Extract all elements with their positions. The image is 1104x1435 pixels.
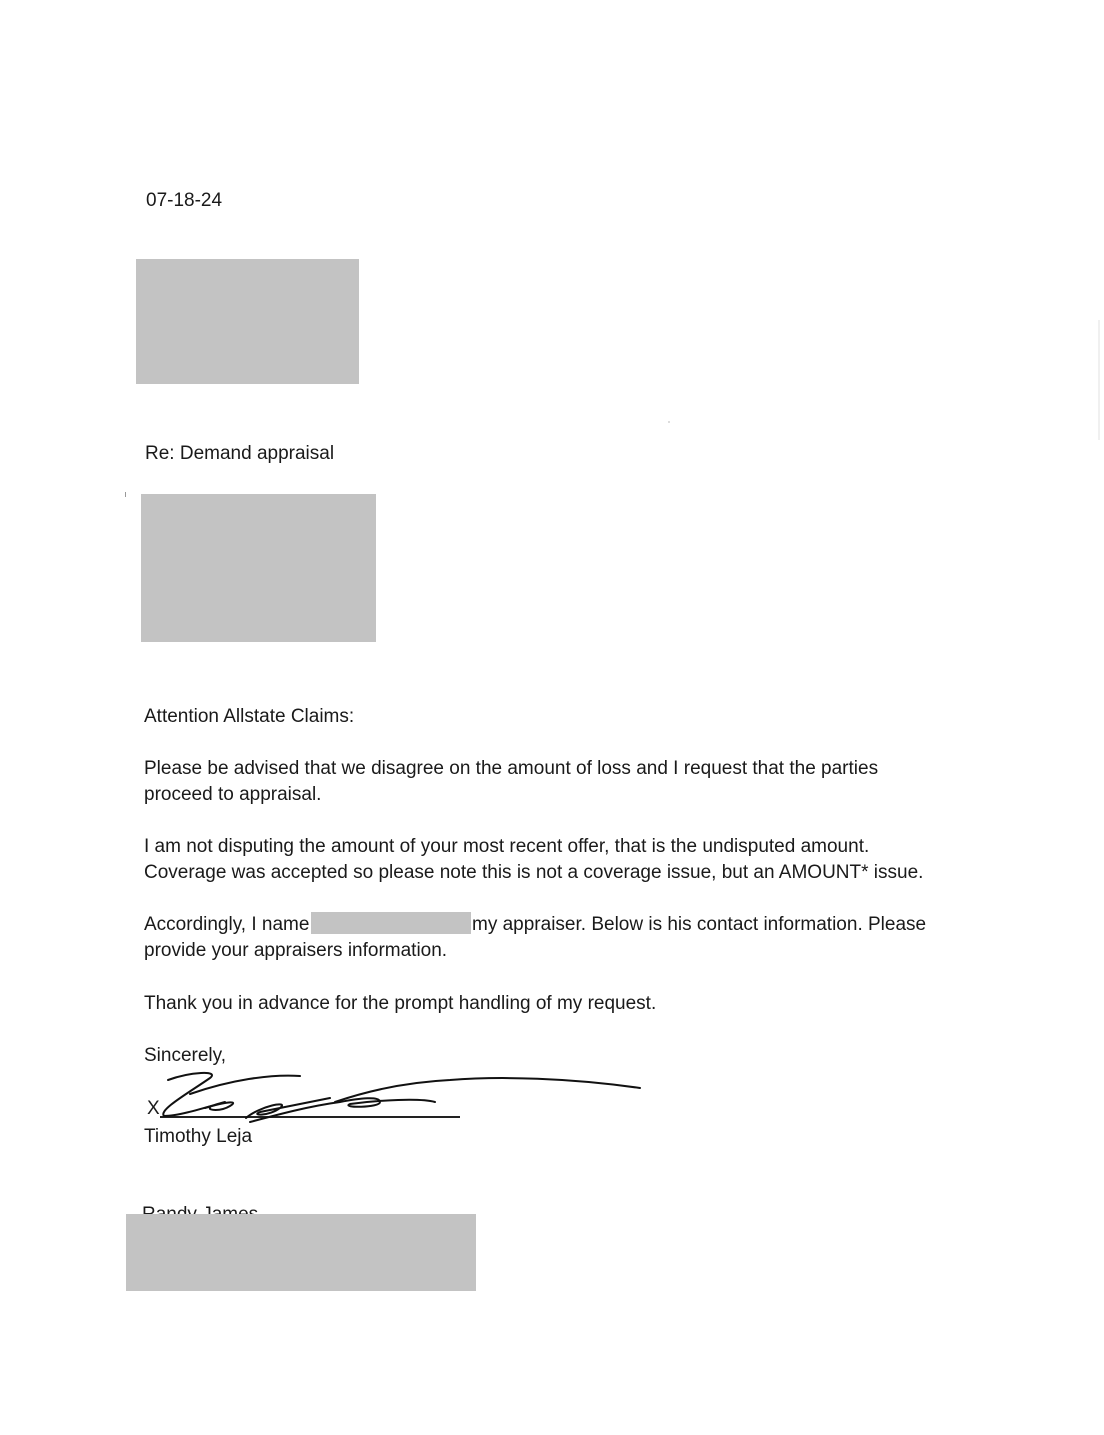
scan-artifact <box>125 492 126 497</box>
redacted-appraiser-contact <box>126 1214 476 1291</box>
paragraph-1-line-1: Please be advised that we disagree on th… <box>144 756 878 782</box>
scan-artifact <box>1098 320 1100 440</box>
paragraph-2-line-2: Coverage was accepted so please note thi… <box>144 860 923 886</box>
letter-date: 07-18-24 <box>146 188 222 214</box>
redacted-appraiser-name <box>311 912 471 934</box>
paragraph-2-line-1: I am not disputing the amount of your mo… <box>144 834 869 860</box>
redacted-recipient-address <box>136 259 359 384</box>
salutation: Attention Allstate Claims: <box>144 704 354 730</box>
paragraph-3-line-1-end: my appraiser. Below is his contact infor… <box>472 912 926 938</box>
signer-name: Timothy Leja <box>144 1124 252 1150</box>
paragraph-4: Thank you in advance for the prompt hand… <box>144 991 656 1017</box>
subject-line: Re: Demand appraisal <box>145 441 334 467</box>
redacted-claim-info <box>141 494 376 642</box>
paragraph-3-line-1-start: Accordingly, I name <box>144 912 309 938</box>
paragraph-3-line-2: provide your appraisers information. <box>144 938 447 964</box>
scan-artifact <box>668 421 670 423</box>
paragraph-1-line-2: proceed to appraisal. <box>144 782 321 808</box>
handwritten-signature <box>150 1066 660 1126</box>
